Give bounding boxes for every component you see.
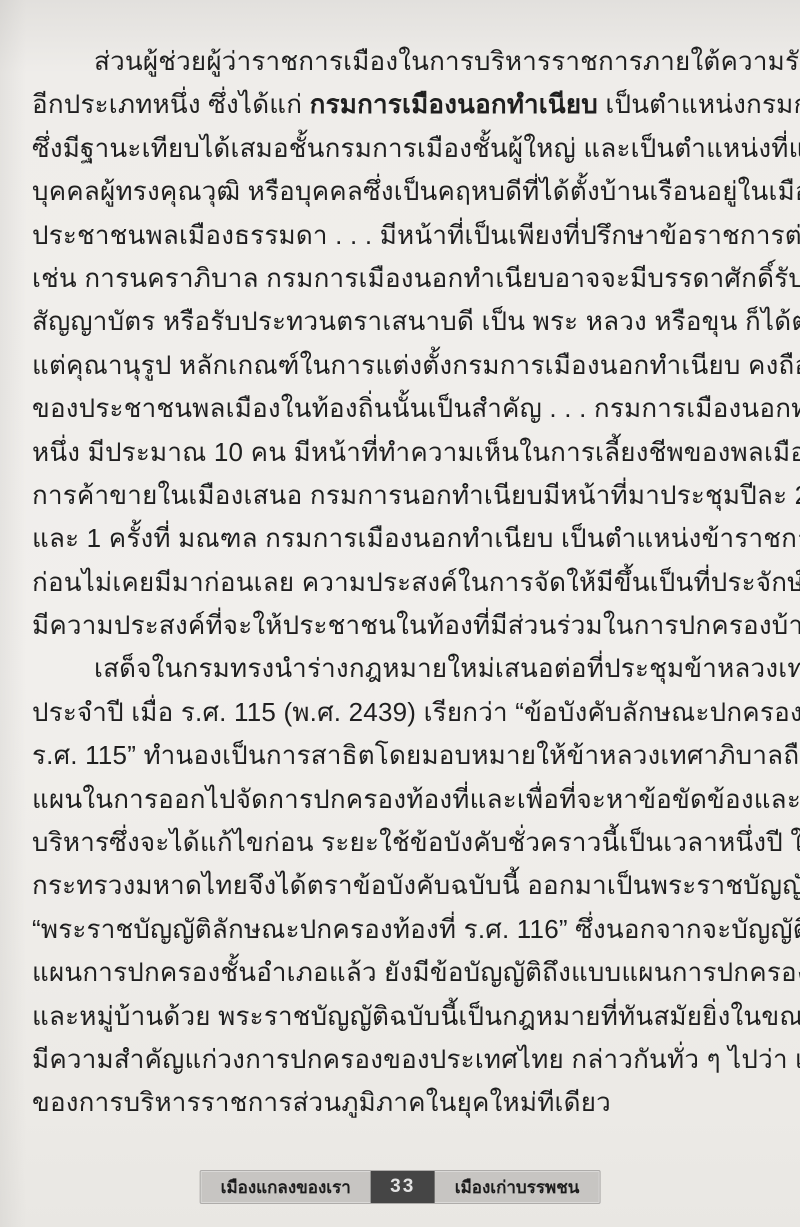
text-line: และหมู่บ้านด้วย พระราชบัญญัติฉบับนี้เป็น… bbox=[32, 995, 774, 1038]
text-line: ส่วนผู้ช่วยผู้ว่าราชการเมืองในการบริหารร… bbox=[32, 40, 774, 83]
body-text: ส่วนผู้ช่วยผู้ว่าราชการเมืองในการบริหารร… bbox=[32, 40, 774, 1125]
text-line: การค้าขายในเมืองเสนอ กรมการนอกทำเนียบมีห… bbox=[32, 474, 774, 517]
text-line: ก่อนไม่เคยมีมาก่อนเลย ความประสงค์ในการจั… bbox=[32, 561, 774, 604]
scanned-book-page: ส่วนผู้ช่วยผู้ว่าราชการเมืองในการบริหารร… bbox=[0, 0, 800, 1227]
footer-right-title: เมืองเก่าบรรพชน bbox=[435, 1171, 600, 1203]
text-line: แผนในการออกไปจัดการปกครองท้องที่และเพื่อ… bbox=[32, 778, 774, 821]
text-line: บุคคลผู้ทรงคุณวุฒิ หรือบุคคลซึ่งเป็นคฤหบ… bbox=[32, 170, 774, 213]
text-line: อีกประเภทหนึ่ง ซึ่งได้แก่ กรมการเมืองนอก… bbox=[32, 83, 774, 126]
text-line: บริหารซึ่งจะได้แก้ไขก่อน ระยะใช้ข้อบังคั… bbox=[32, 821, 774, 864]
text-line: แต่คุณานุรูป หลักเกณฑ์ในการแต่งตั้งกรมกา… bbox=[32, 344, 774, 387]
text-line: สัญญาบัตร หรือรับประทวนตราเสนาบดี เป็น พ… bbox=[32, 300, 774, 343]
text-line: ร.ศ. 115” ทำนองเป็นการสาธิตโดยมอบหมายให้… bbox=[32, 734, 774, 777]
line-text: เป็นตำแหน่งกรมการพิเศษ bbox=[598, 89, 800, 119]
text-line: หนึ่ง มีประมาณ 10 คน มีหน้าที่ทำความเห็น… bbox=[32, 431, 774, 474]
footer-left-title: เมืองแกลงของเรา bbox=[201, 1171, 371, 1203]
text-line: ซึ่งมีฐานะเทียบได้เสมอชั้นกรมการเมืองชั้… bbox=[32, 127, 774, 170]
bold-term: กรมการเมืองนอกทำเนียบ bbox=[310, 89, 598, 119]
text-line: เสด็จในกรมทรงนำร่างกฎหมายใหม่เสนอต่อที่ป… bbox=[32, 647, 774, 690]
text-line: ประชาชนพลเมืองธรรมดา . . . มีหน้าที่เป็น… bbox=[32, 214, 774, 257]
text-line: มีความสำคัญแก่วงการปกครองของประเทศไทย กล… bbox=[32, 1038, 774, 1081]
text-line: ของประชาชนพลเมืองในท้องถิ่นนั้นเป็นสำคัญ… bbox=[32, 387, 774, 430]
text-line: และ 1 ครั้งที่ มณฑล กรมการเมืองนอกทำเนีย… bbox=[32, 517, 774, 560]
text-line: ของการบริหารราชการส่วนภูมิภาคในยุคใหม่ที… bbox=[32, 1081, 774, 1124]
text-line: มีความประสงค์ที่จะให้ประชาชนในท้องที่มีส… bbox=[32, 604, 774, 647]
text-line: ประจำปี เมื่อ ร.ศ. 115 (พ.ศ. 2439) เรียก… bbox=[32, 691, 774, 734]
text-line: กระทรวงมหาดไทยจึงได้ตราข้อบังคับฉบับนี้ … bbox=[32, 864, 774, 907]
page-footer: เมืองแกลงของเรา 33 เมืองเก่าบรรพชน bbox=[200, 1170, 601, 1204]
text-line: แผนการปกครองชั้นอำเภอแล้ว ยังมีข้อบัญญัต… bbox=[32, 951, 774, 994]
text-line: “พระราชบัญญัติลักษณะปกครองท้องที่ ร.ศ. 1… bbox=[32, 908, 774, 951]
page-number-badge: 33 bbox=[371, 1171, 435, 1203]
line-text: อีกประเภทหนึ่ง ซึ่งได้แก่ bbox=[32, 89, 310, 119]
text-line: เช่น การนคราภิบาล กรมการเมืองนอกทำเนียบอ… bbox=[32, 257, 774, 300]
